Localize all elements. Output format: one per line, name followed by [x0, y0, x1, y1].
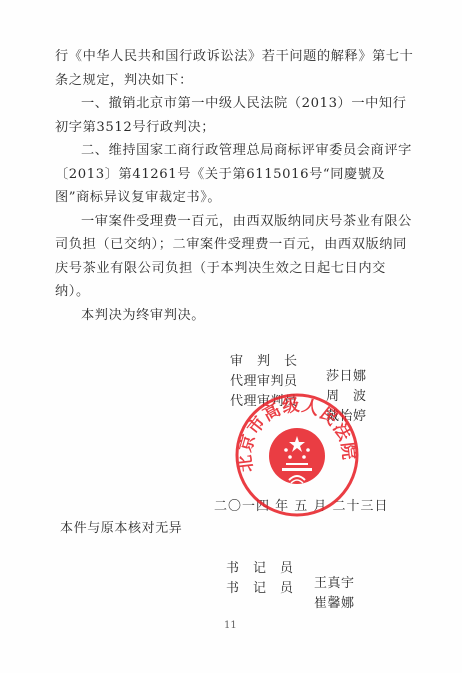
- paragraph-final: 本判决为终审判决。: [55, 304, 415, 328]
- document-page: 行《中华人民共和国行政诉讼法》若干问题的解释》第七十条之规定，判决如下： 一、撤…: [0, 0, 462, 673]
- certification-note: 本件与原本核对无异: [60, 517, 182, 536]
- clerk-name: 崔馨娜: [314, 592, 355, 611]
- clerk-role: 书 记 员: [226, 577, 294, 596]
- judgment-body: 行《中华人民共和国行政诉讼法》若干问题的解释》第七十条之规定，判决如下： 一、撤…: [55, 45, 415, 327]
- court-seal-icon: 北京市高级人民法院: [234, 392, 360, 518]
- page-number: 11: [224, 620, 237, 631]
- paragraph-legal-basis: 行《中华人民共和国行政诉讼法》若干问题的解释》第七十条之规定，判决如下：: [55, 45, 415, 92]
- clerk-name: 王真宇: [314, 572, 355, 591]
- clerk-row: 书 记 员 崔馨娜: [226, 562, 245, 622]
- paragraph-ruling-2: 二、维持国家工商行政管理总局商标评审委员会商评字〔2013〕第41261号《关于…: [55, 139, 415, 210]
- paragraph-costs: 一审案件受理费一百元，由西双版纳同庆号茶业有限公司负担（已交纳）；二审案件受理费…: [55, 210, 415, 304]
- paragraph-ruling-1: 一、撤销北京市第一中级人民法院（2013）一中知行初字第3512号行政判决；: [55, 92, 415, 139]
- judge-name: 莎日娜: [326, 365, 367, 384]
